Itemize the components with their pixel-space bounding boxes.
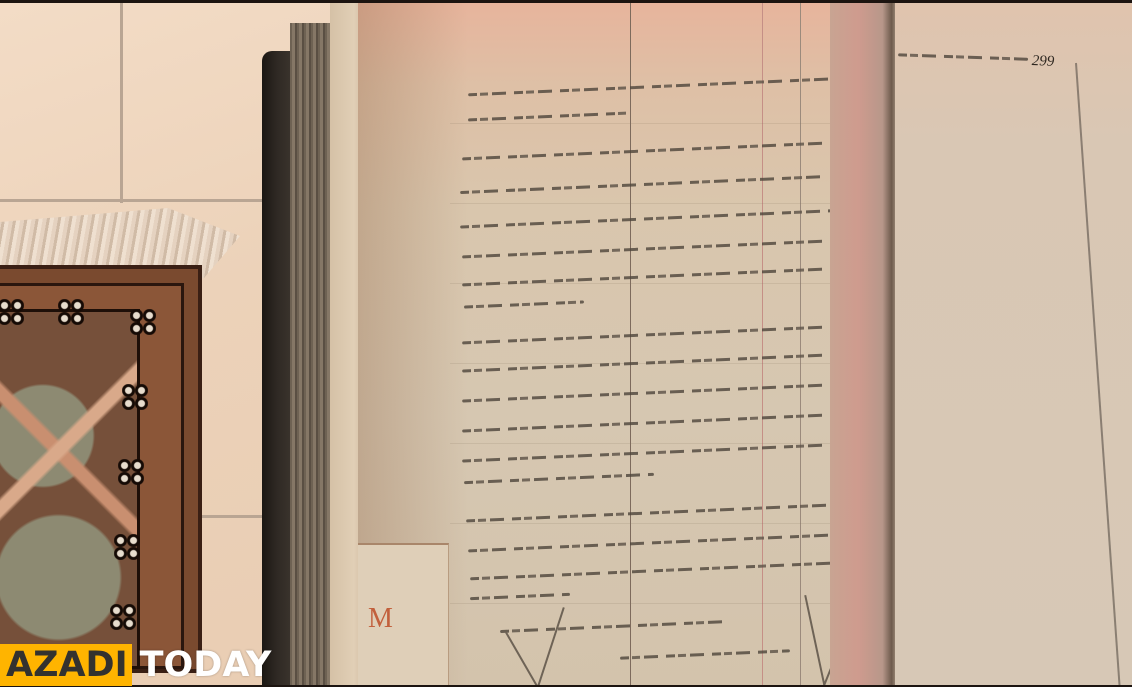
book-gutter xyxy=(830,3,900,685)
rug-motif xyxy=(0,299,24,325)
rug xyxy=(0,265,202,673)
rug-motif xyxy=(114,534,140,560)
photo: M 299 xyxy=(0,3,1132,685)
page-number: 299 xyxy=(1031,53,1054,70)
rug-motif xyxy=(110,604,136,630)
page-ruling xyxy=(450,203,850,204)
watermark-brand-right: TODAY xyxy=(132,644,272,686)
page-ruling xyxy=(450,443,850,444)
rug-motif xyxy=(58,299,84,325)
rug-motif xyxy=(118,459,144,485)
rug-motif xyxy=(122,384,148,410)
page-ruling xyxy=(762,3,763,685)
tile-grout xyxy=(120,3,123,203)
page-ruling xyxy=(630,3,631,685)
page-ruling xyxy=(800,3,801,685)
index-tab-letter: M xyxy=(368,603,393,635)
page-ruling xyxy=(450,123,850,124)
site-watermark: AZADI TODAY xyxy=(0,644,271,686)
rug-motif xyxy=(130,309,156,335)
page-ruling xyxy=(450,603,850,604)
book-cover xyxy=(262,51,292,685)
watermark-brand-left: AZADI xyxy=(0,644,132,686)
page-ruling xyxy=(450,523,850,524)
handwriting-line xyxy=(898,53,1028,61)
tile-grout xyxy=(0,199,262,202)
